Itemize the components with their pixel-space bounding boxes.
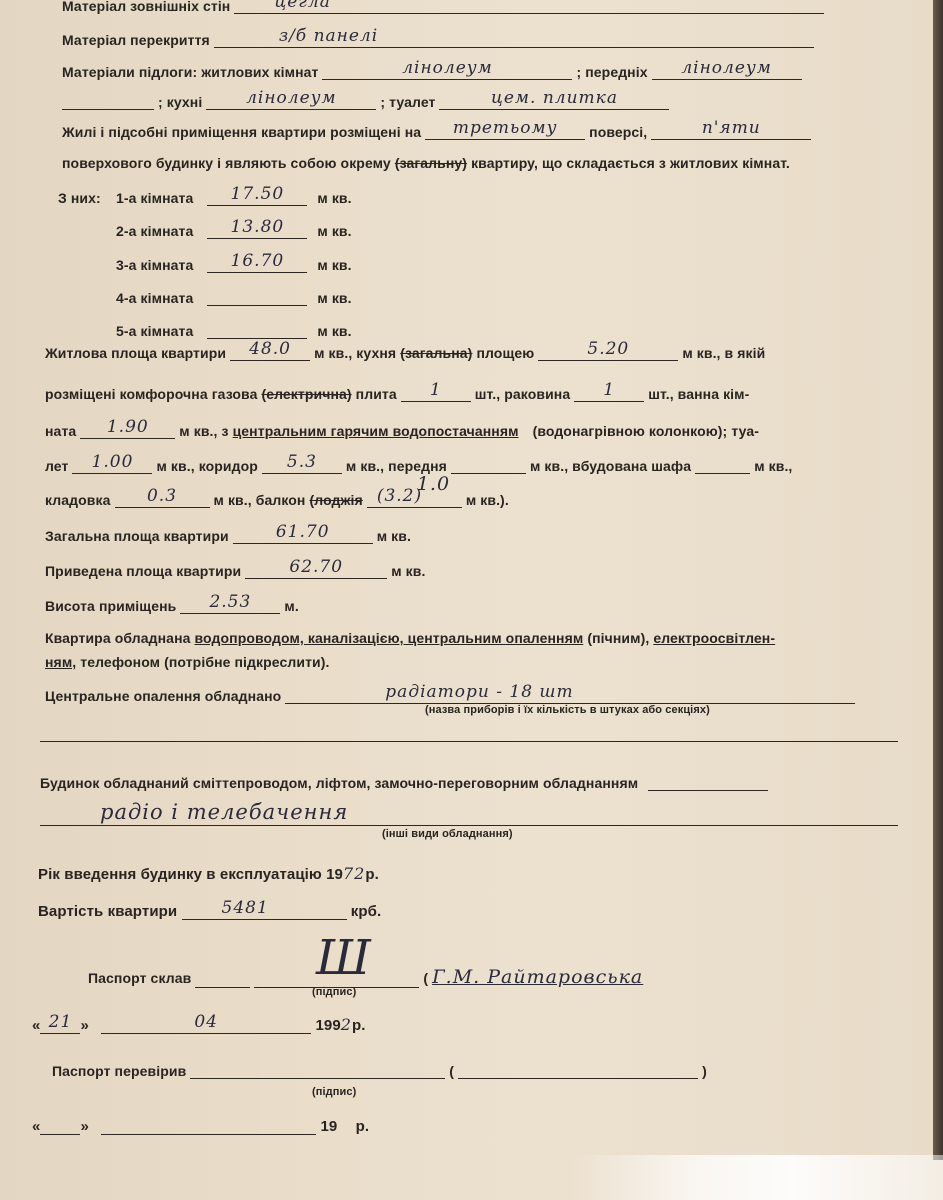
compiled-signature: Ш xyxy=(316,930,371,986)
year-label: Рік введення будинку в експлуатацію 19 xyxy=(38,866,343,883)
toilet-text-1: лет xyxy=(45,458,68,474)
toilet-text-2: м кв., коридор xyxy=(156,458,257,474)
storage-text-2: м кв., балкон xyxy=(214,492,306,508)
equipment-row-2: ням, телефоном (потрібне підкреслити). xyxy=(45,654,330,670)
kitchen-floor-value: лінолеум xyxy=(206,88,376,108)
underlined-electric-2: ням, xyxy=(45,654,76,670)
building-equipment-value: радіо і телебачення xyxy=(100,800,898,824)
walls-material-field: цегла xyxy=(234,0,824,14)
height-row: Висота приміщень 2.53 м. xyxy=(45,598,299,614)
building-equipment-field: радіо і телебачення xyxy=(40,811,898,826)
living-area-value: 48.0 xyxy=(230,339,310,359)
total-area-label: Загальна площа квартири xyxy=(45,528,229,544)
room-label: 5-а кімната xyxy=(116,323,193,339)
underlined-utilities: водопроводом, каналізацією, центральним … xyxy=(195,630,584,646)
cost-row: Вартість квартири 5481 крб. xyxy=(38,903,381,920)
room-row: 2-а кімната 13.80м кв. xyxy=(116,223,352,239)
room-area-value: 13.80 xyxy=(207,217,307,237)
compiled-month-field: 04 xyxy=(101,1019,311,1034)
underlined-hot-water: центральним гарячим водопостачанням xyxy=(233,423,519,439)
floor-number-field: третьому xyxy=(425,125,585,140)
cost-label: Вартість квартири xyxy=(38,903,177,920)
storage-row: кладовка 0.3 м кв., балкон (лоджія (3.2)… xyxy=(45,492,509,508)
walls-material-row: Матеріал зовнішніх стін цегла xyxy=(62,0,824,14)
compiled-sign-blank xyxy=(195,973,250,988)
location-text-2: поверсі, xyxy=(589,124,647,140)
checked-name-field xyxy=(458,1064,698,1079)
floors-total-field: п'яти xyxy=(651,125,811,140)
stove-text-3: шт., раковина xyxy=(475,386,570,402)
toilet-text-4: м кв., вбудована шафа xyxy=(530,458,691,474)
height-field: 2.53 xyxy=(180,599,280,614)
room-area-value: 16.70 xyxy=(207,251,307,271)
compiled-date-row: «21» 04 1992р. xyxy=(32,1015,366,1034)
toilet-floor-value: цем. плитка xyxy=(439,88,669,108)
compiled-label: Паспорт склав xyxy=(88,970,191,986)
page-edge-shadow xyxy=(933,0,943,1160)
building-equipment-hint: (інші види обладнання) xyxy=(382,828,513,840)
struck-electric: (електрична) xyxy=(261,386,351,402)
room-label: 3-а кімната xyxy=(116,257,193,273)
compiled-year-prefix: 199 xyxy=(315,1017,340,1034)
storage-field: 0.3 xyxy=(115,493,210,508)
bath-row: ната 1.90 м кв., з центральним гарячим в… xyxy=(45,423,759,439)
wardrobe-field xyxy=(695,459,750,474)
room-area-field xyxy=(207,291,307,306)
ceiling-material-row: Матеріал перекриття з/б панелі xyxy=(62,32,814,48)
corridor-value: 5.3 xyxy=(262,452,342,472)
cost-field: 5481 xyxy=(182,905,347,920)
year-value: 72 xyxy=(343,864,365,883)
toilet-area-field: 1.00 xyxy=(72,459,152,474)
struck-shared: (загальну) xyxy=(395,155,467,171)
living-area-field: 48.0 xyxy=(230,346,310,361)
heating-value: радіатори - 18 шт xyxy=(385,682,855,702)
cost-value: 5481 xyxy=(222,898,347,918)
struck-shared-kitchen: (загальна) xyxy=(400,345,472,361)
equipment-row: Квартира обладнана водопроводом, каналіз… xyxy=(45,630,775,646)
stove-count-field: 1 xyxy=(401,387,471,402)
toilet-text-5: м кв., xyxy=(754,458,792,474)
toilet-floor-field: цем. плитка xyxy=(439,95,669,110)
room-unit: м кв. xyxy=(317,290,351,306)
living-floor-field: лінолеум xyxy=(322,65,572,80)
room-row: 5-а кімната м кв. xyxy=(116,323,352,339)
stove-row: розміщені комфорочна газова (електрична)… xyxy=(45,386,749,402)
room-area-field xyxy=(207,324,307,339)
room-row: 1-а кімната 17.50м кв. xyxy=(116,190,352,206)
reduced-area-value: 62.70 xyxy=(245,557,387,577)
building-equipment-label: Будинок обладнаний сміттепроводом, ліфто… xyxy=(40,775,638,791)
heating-field: радіатори - 18 шт xyxy=(285,689,855,704)
stove-text-2: плита xyxy=(356,386,397,402)
balcony-new-value: 1.0 xyxy=(417,473,462,495)
checked-open-paren: ( xyxy=(449,1063,454,1079)
reduced-area-row: Приведена площа квартири 62.70 м кв. xyxy=(45,563,425,579)
equipment-text-1: Квартира обладнана xyxy=(45,630,191,646)
heating-row: Центральне опалення обладнано радіатори … xyxy=(45,688,855,704)
stove-text-4: шт., ванна кім- xyxy=(648,386,749,402)
living-floor-value: лінолеум xyxy=(322,58,572,78)
checked-day-field xyxy=(40,1120,80,1135)
hall-area-field xyxy=(451,459,526,474)
underlined-electric-1: електроосвітлен- xyxy=(653,630,775,646)
kitchen-floor-field: лінолеум xyxy=(206,95,376,110)
floors-total-value: п'яти xyxy=(651,118,811,138)
storage-text-1: кладовка xyxy=(45,492,111,508)
checked-year: 19 xyxy=(320,1118,337,1135)
stove-text-1: розміщені комфорочна газова xyxy=(45,386,257,402)
sink-count-field: 1 xyxy=(574,387,644,402)
height-value: 2.53 xyxy=(180,592,280,612)
cost-unit: крб. xyxy=(351,903,382,920)
location-text-4: квартиру, що складається з житлових кімн… xyxy=(471,155,790,171)
toilet-floor-label: ; туалет xyxy=(380,94,435,110)
walls-material-label: Матеріал зовнішніх стін xyxy=(62,0,230,14)
floor-material-row: Матеріали підлоги: житлових кімнат лінол… xyxy=(62,64,802,80)
checked-year-suffix: р. xyxy=(356,1118,370,1135)
walls-material-value: цегла xyxy=(274,0,824,12)
total-area-unit: м кв. xyxy=(377,528,411,544)
compiled-year-suffix: р. xyxy=(352,1017,366,1034)
room-unit: м кв. xyxy=(317,257,351,273)
reduced-area-field: 62.70 xyxy=(245,564,387,579)
room-label: 4-а кімната xyxy=(116,290,193,306)
compiled-day: 21 xyxy=(40,1012,80,1032)
height-unit: м. xyxy=(284,598,298,614)
kitchen-floor-label: ; кухні xyxy=(158,94,202,110)
height-label: Висота приміщень xyxy=(45,598,176,614)
sink-count-value: 1 xyxy=(574,380,644,400)
compiled-year-hw: 2 xyxy=(341,1015,352,1034)
ceiling-material-label: Матеріал перекриття xyxy=(62,32,210,48)
building-equipment-blank xyxy=(648,776,768,791)
checked-signature-field xyxy=(190,1064,445,1079)
living-area-text-1: м кв., кухня xyxy=(314,345,396,361)
total-area-row: Загальна площа квартири 61.70 м кв. xyxy=(45,528,411,544)
room-unit: м кв. xyxy=(317,323,351,339)
bath-area-value: 1.90 xyxy=(80,417,175,437)
room-row: 4-а кімната м кв. xyxy=(116,290,352,306)
location-text-1: Жилі і підсобні приміщення квартири розм… xyxy=(62,124,421,140)
floor-number-value: третьому xyxy=(425,118,585,138)
reduced-area-unit: м кв. xyxy=(391,563,425,579)
toilet-area-row: лет 1.00 м кв., коридор 5.3 м кв., перед… xyxy=(45,458,792,474)
hall-floor-value: лінолеум xyxy=(652,58,802,78)
room-label: 2-а кімната xyxy=(116,223,193,239)
compiled-sign-hint: (підпис) xyxy=(312,986,356,998)
living-area-row: Житлова площа квартири 48.0 м кв., кухня… xyxy=(45,345,765,361)
location-row-2: поверхового будинку і являють собою окре… xyxy=(62,155,790,171)
building-equipment-row-2: радіо і телебачення xyxy=(40,810,898,826)
total-area-value: 61.70 xyxy=(233,522,373,542)
hall-floor-field: лінолеум xyxy=(652,65,802,80)
total-area-field: 61.70 xyxy=(233,529,373,544)
room-label: 1-а кімната xyxy=(116,190,193,206)
room-area-field: 13.80 xyxy=(207,224,307,239)
living-area-label: Житлова площа квартири xyxy=(45,345,226,361)
floor-blank xyxy=(62,95,154,110)
building-equipment-row: Будинок обладнаний сміттепроводом, ліфто… xyxy=(40,775,768,791)
room-unit: м кв. xyxy=(317,223,351,239)
photo-glare xyxy=(570,1155,943,1200)
location-text-3: поверхового будинку і являють собою окре… xyxy=(62,155,391,171)
heating-hint: (назва приборів і їх кількість в штуках … xyxy=(425,704,710,716)
struck-loggia: (лоджія xyxy=(310,492,363,508)
kitchen-area-field: 5.20 xyxy=(538,346,678,361)
year-suffix: р. xyxy=(365,866,379,883)
checked-label: Паспорт перевірив xyxy=(52,1063,186,1079)
reduced-area-label: Приведена площа квартири xyxy=(45,563,241,579)
compiled-name: Г.М. Райтаровська xyxy=(432,966,643,988)
checked-sign-hint: (підпис) xyxy=(312,1086,356,1098)
room-area-field: 17.50 xyxy=(207,191,307,206)
kitchen-area-value: 5.20 xyxy=(538,339,678,359)
room-unit: м кв. xyxy=(317,190,351,206)
compiled-month: 04 xyxy=(101,1012,311,1032)
checked-month-field xyxy=(101,1120,316,1135)
heating-extra-line xyxy=(40,741,898,742)
equipment-text-2: (пічним), xyxy=(587,630,649,646)
checked-date-row: «» 19 р. xyxy=(32,1118,369,1135)
bath-area-field: 1.90 xyxy=(80,424,175,439)
bath-text-3: (водонагрівною колонкою); туа- xyxy=(533,423,759,439)
ceiling-material-value: з/б панелі xyxy=(279,26,814,46)
year-row: Рік введення будинку в експлуатацію 1972… xyxy=(38,864,379,883)
hall-floor-label: ; передніх xyxy=(576,64,647,80)
equipment-text-3: телефоном (потрібне підкреслити). xyxy=(80,654,329,670)
location-row: Жилі і підсобні приміщення квартири розм… xyxy=(62,124,811,140)
bath-text-1: ната xyxy=(45,423,76,439)
balcony-field: (3.2) 1.0 xyxy=(367,493,462,508)
bath-text-2: м кв., з xyxy=(179,423,228,439)
stove-count-value: 1 xyxy=(401,380,471,400)
checked-row: Паспорт перевірив ( ) xyxy=(52,1063,707,1079)
toilet-text-3: м кв., передня xyxy=(346,458,447,474)
floor-material-row-2: ; кухні лінолеум ; туалет цем. плитка xyxy=(62,94,669,110)
living-area-text-3: м кв., в якій xyxy=(682,345,765,361)
toilet-area-value: 1.00 xyxy=(72,452,152,472)
checked-close-paren: ) xyxy=(702,1063,707,1079)
room-area-field: 16.70 xyxy=(207,258,307,273)
ceiling-material-field: з/б панелі xyxy=(214,33,814,48)
storage-value: 0.3 xyxy=(115,486,210,506)
compiled-day-field: 21 xyxy=(40,1019,80,1034)
heating-label: Центральне опалення обладнано xyxy=(45,688,281,704)
storage-text-3: м кв.). xyxy=(466,492,509,508)
floor-material-label: Матеріали підлоги: житлових кімнат xyxy=(62,64,318,80)
room-area-value: 17.50 xyxy=(207,184,307,204)
room-row: 3-а кімната 16.70м кв. xyxy=(116,257,352,273)
living-area-text-2: площею xyxy=(476,345,534,361)
corridor-field: 5.3 xyxy=(262,459,342,474)
rooms-prefix: З них: xyxy=(58,190,101,206)
